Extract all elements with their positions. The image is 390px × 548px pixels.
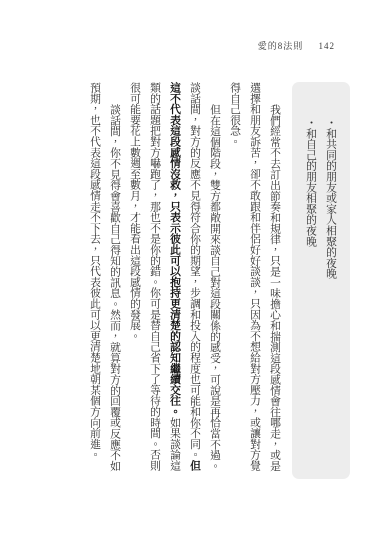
paragraph: 但在這個階段，雙方都敞開來談自己對這段關係的感受，可說是再恰當不過。談話間，對方… xyxy=(125,82,225,479)
book-page: 愛的8法則 142 ・和共同的朋友或家人相聚的夜晚 ・和自己的朋友相聚的夜晚 我… xyxy=(0,0,390,548)
book-title: 愛的8法則 xyxy=(258,41,304,51)
page-body-vertical-text: ・和共同的朋友或家人相聚的夜晚 ・和自己的朋友相聚的夜晚 我們經常不去訂出節奏和… xyxy=(85,82,350,479)
body-text: 談話間，你不見得會喜歡自己得知的訊息。然而，就算對方的回覆或反應不如預期，也不代… xyxy=(89,82,121,471)
list-item-text: 和自己的朋友相聚的夜晚 xyxy=(305,128,317,247)
body-text: 但在這個階段，雙方都敞開來談自己對這段關係的感受，可說是再恰當不過。談話間，對方… xyxy=(189,82,221,471)
list-item: ・和自己的朋友相聚的夜晚 xyxy=(301,117,321,465)
page-number: 142 xyxy=(319,41,336,51)
paragraph: 談話間，你不見得會喜歡自己得知的訊息。然而，就算對方的回覆或反應不如預期，也不代… xyxy=(85,82,125,479)
body-text: 我們經常不去訂出節奏和規律，只是一味擔心和揣測這段感情會往哪走，或是選擇和朋友訴… xyxy=(229,82,281,471)
bullet-icon: ・ xyxy=(305,117,317,128)
highlight-box: ・和共同的朋友或家人相聚的夜晚 ・和自己的朋友相聚的夜晚 xyxy=(292,82,350,479)
list-item: ・和共同的朋友或家人相聚的夜晚 xyxy=(321,117,341,465)
running-head: 愛的8法則 142 xyxy=(258,39,335,52)
paragraph: 我們經常不去訂出節奏和規律，只是一味擔心和揣測這段感情會往哪走，或是選擇和朋友訴… xyxy=(225,82,285,479)
bullet-icon: ・ xyxy=(325,117,337,128)
list-item-text: 和共同的朋友或家人相聚的夜晚 xyxy=(325,128,337,279)
